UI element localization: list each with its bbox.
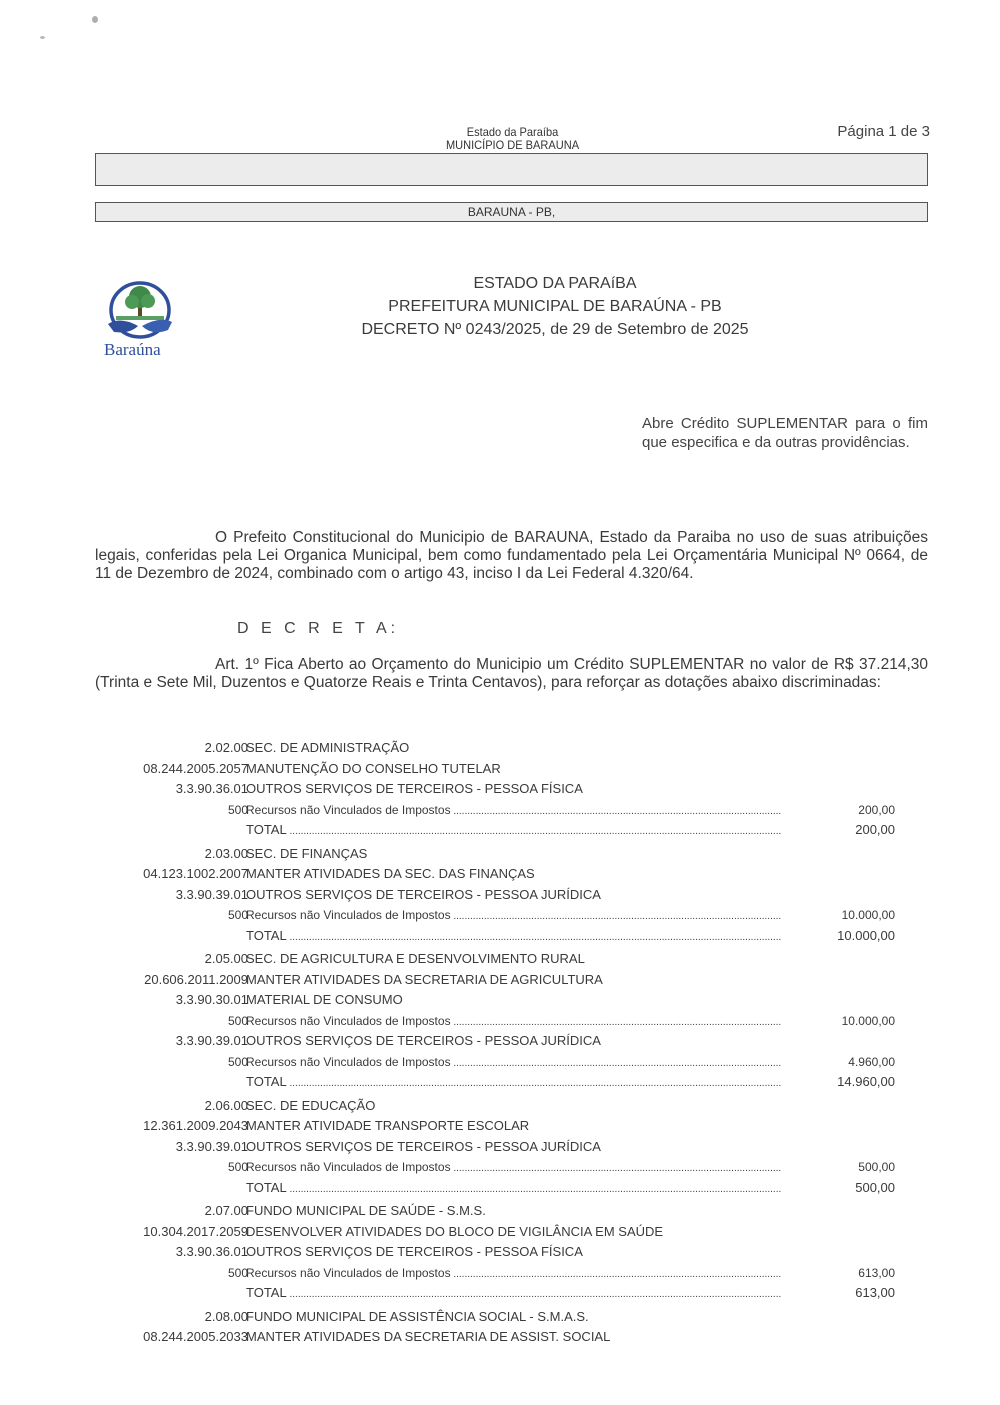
title-prefecture: PREFEITURA MUNICIPAL DE BARAÚNA - PB xyxy=(330,295,780,318)
allocation-code: 3.3.90.36.01 xyxy=(176,779,248,799)
allocation-code: 2.02.00 xyxy=(205,738,248,758)
allocation-row-source: 500Recursos não Vinculados de Impostos4.… xyxy=(95,1052,905,1073)
allocation-description: MANTER ATIVIDADES DA SECRETARIA DE AGRIC… xyxy=(246,970,603,990)
municipality-line: MUNICÍPIO DE BARAUNA xyxy=(391,139,635,152)
allocation-row-total: TOTAL10.000,00 xyxy=(95,926,905,947)
allocation-code: 3.3.90.39.01 xyxy=(176,885,248,905)
allocation-row-action: 10.304.2017.2059DESENVOLVER ATIVIDADES D… xyxy=(95,1222,905,1243)
allocation-row-total: TOTAL500,00 xyxy=(95,1178,905,1199)
allocation-code: 10.304.2017.2059 xyxy=(143,1222,248,1242)
page-indicator: Página 1 de 3 xyxy=(837,123,930,140)
allocation-description: SEC. DE EDUCAÇÃO xyxy=(246,1096,375,1116)
allocation-code: 500 xyxy=(228,1011,248,1031)
allocation-code: 3.3.90.39.01 xyxy=(176,1031,248,1051)
allocation-description: TOTAL xyxy=(246,1283,782,1305)
allocation-value: 500,00 xyxy=(858,1157,895,1177)
allocation-code: 3.3.90.39.01 xyxy=(176,1137,248,1157)
allocation-description: MANTER ATIVIDADES DA SECRETARIA DE ASSIS… xyxy=(246,1327,610,1347)
allocation-row-unit: 2.02.00SEC. DE ADMINISTRAÇÃO xyxy=(95,738,905,759)
allocation-row-action: 08.244.2005.2033MANTER ATIVIDADES DA SEC… xyxy=(95,1327,905,1348)
header-band xyxy=(95,153,928,186)
allocation-description: TOTAL xyxy=(246,820,782,842)
allocation-value: 613,00 xyxy=(855,1283,895,1303)
preamble-paragraph: O Prefeito Constitucional do Municipio d… xyxy=(95,529,928,583)
allocation-row-element: 3.3.90.39.01OUTROS SERVIÇOS DE TERCEIROS… xyxy=(95,1137,905,1158)
allocation-description: MANTER ATIVIDADE TRANSPORTE ESCOLAR xyxy=(246,1116,529,1136)
allocation-row-action: 20.606.2011.2009MANTER ATIVIDADES DA SEC… xyxy=(95,970,905,991)
allocation-value: 10.000,00 xyxy=(842,905,895,925)
allocation-description: Recursos não Vinculados de Impostos xyxy=(246,800,782,822)
allocation-row-action: 04.123.1002.2007MANTER ATIVIDADES DA SEC… xyxy=(95,864,905,885)
allocation-code: 500 xyxy=(228,800,248,820)
allocation-description: OUTROS SERVIÇOS DE TERCEIROS - PESSOA JU… xyxy=(246,885,601,905)
article-1-text: Art. 1º Fica Aberto ao Orçamento do Muni… xyxy=(95,656,928,692)
allocation-value: 10.000,00 xyxy=(837,926,895,946)
allocation-description: FUNDO MUNICIPAL DE ASSISTÊNCIA SOCIAL - … xyxy=(246,1307,589,1327)
municipality-logo: Baraúna xyxy=(100,280,180,360)
allocation-code: 500 xyxy=(228,1157,248,1177)
logo-text: Baraúna xyxy=(104,340,161,360)
allocation-description: TOTAL xyxy=(246,1072,782,1094)
allocation-description: TOTAL xyxy=(246,926,782,948)
allocation-description: DESENVOLVER ATIVIDADES DO BLOCO DE VIGIL… xyxy=(246,1222,663,1242)
preamble-text: O Prefeito Constitucional do Municipio d… xyxy=(95,529,928,583)
allocation-description: MATERIAL DE CONSUMO xyxy=(246,990,403,1010)
allocation-description: Recursos não Vinculados de Impostos xyxy=(246,1011,782,1033)
allocation-description: OUTROS SERVIÇOS DE TERCEIROS - PESSOA JU… xyxy=(246,1031,601,1051)
article-1-paragraph: Art. 1º Fica Aberto ao Orçamento do Muni… xyxy=(95,656,928,692)
report-header: Estado da Paraíba MUNICÍPIO DE BARAUNA xyxy=(391,126,635,152)
allocation-code: 500 xyxy=(228,905,248,925)
allocation-description: Recursos não Vinculados de Impostos xyxy=(246,1157,782,1179)
allocation-description: Recursos não Vinculados de Impostos xyxy=(246,1052,782,1074)
allocation-value: 10.000,00 xyxy=(842,1011,895,1031)
allocation-description: FUNDO MUNICIPAL DE SAÚDE - S.M.S. xyxy=(246,1201,486,1221)
allocation-row-unit: 2.08.00FUNDO MUNICIPAL DE ASSISTÊNCIA SO… xyxy=(95,1307,905,1328)
allocation-value: 200,00 xyxy=(858,800,895,820)
allocation-row-unit: 2.03.00SEC. DE FINANÇAS xyxy=(95,844,905,865)
allocation-description: OUTROS SERVIÇOS DE TERCEIROS - PESSOA FÍ… xyxy=(246,779,583,799)
allocation-row-unit: 2.07.00FUNDO MUNICIPAL DE SAÚDE - S.M.S. xyxy=(95,1201,905,1222)
allocation-row-element: 3.3.90.39.01OUTROS SERVIÇOS DE TERCEIROS… xyxy=(95,1031,905,1052)
allocation-row-element: 3.3.90.36.01OUTROS SERVIÇOS DE TERCEIROS… xyxy=(95,1242,905,1263)
decree-title: DECRETO Nº 0243/2025, de 29 de Setembro … xyxy=(330,318,780,341)
allocation-description: MANUTENÇÃO DO CONSELHO TUTELAR xyxy=(246,759,501,779)
allocation-value: 200,00 xyxy=(855,820,895,840)
allocation-description: SEC. DE ADMINISTRAÇÃO xyxy=(246,738,409,758)
allocation-description: MANTER ATIVIDADES DA SEC. DAS FINANÇAS xyxy=(246,864,535,884)
allocation-code: 3.3.90.36.01 xyxy=(176,1242,248,1262)
allocation-description: SEC. DE FINANÇAS xyxy=(246,844,367,864)
allocation-row-action: 08.244.2005.2057MANUTENÇÃO DO CONSELHO T… xyxy=(95,759,905,780)
scan-speck xyxy=(92,16,98,23)
allocation-row-action: 12.361.2009.2043MANTER ATIVIDADE TRANSPO… xyxy=(95,1116,905,1137)
title-state: ESTADO DA PARAíBA xyxy=(330,272,780,295)
allocation-code: 08.244.2005.2033 xyxy=(143,1327,248,1347)
allocation-row-unit: 2.06.00SEC. DE EDUCAÇÃO xyxy=(95,1096,905,1117)
allocation-code: 20.606.2011.2009 xyxy=(144,970,248,990)
allocation-description: Recursos não Vinculados de Impostos xyxy=(246,905,782,927)
allocation-code: 2.06.00 xyxy=(205,1096,248,1116)
allocation-code: 500 xyxy=(228,1263,248,1283)
allocation-row-total: TOTAL613,00 xyxy=(95,1283,905,1304)
allocation-row-source: 500Recursos não Vinculados de Impostos50… xyxy=(95,1157,905,1178)
title-block: ESTADO DA PARAíBA PREFEITURA MUNICIPAL D… xyxy=(330,272,780,341)
allocation-row-element: 3.3.90.30.01MATERIAL DE CONSUMO xyxy=(95,990,905,1011)
allocation-code: 04.123.1002.2007 xyxy=(143,864,248,884)
allocation-code: 3.3.90.30.01 xyxy=(176,990,248,1010)
allocation-description: TOTAL xyxy=(246,1178,782,1200)
allocation-code: 2.08.00 xyxy=(205,1307,248,1327)
allocation-row-source: 500Recursos não Vinculados de Impostos20… xyxy=(95,800,905,821)
decree-abstract: Abre Crédito SUPLEMENTAR para o fim que … xyxy=(642,414,928,452)
allocation-description: SEC. DE AGRICULTURA E DESENVOLVIMENTO RU… xyxy=(246,949,585,969)
scan-speck xyxy=(40,36,45,39)
allocation-row-element: 3.3.90.39.01OUTROS SERVIÇOS DE TERCEIROS… xyxy=(95,885,905,906)
allocations-table: 2.02.00SEC. DE ADMINISTRAÇÃO08.244.2005.… xyxy=(95,738,905,1348)
allocation-value: 4.960,00 xyxy=(848,1052,895,1072)
location-bar: BARAUNA - PB, xyxy=(95,202,928,222)
decreta-heading: D E C R E T A: xyxy=(237,620,399,638)
allocation-value: 500,00 xyxy=(855,1178,895,1198)
allocation-value: 613,00 xyxy=(858,1263,895,1283)
allocation-code: 2.03.00 xyxy=(205,844,248,864)
allocation-row-total: TOTAL14.960,00 xyxy=(95,1072,905,1093)
allocation-code: 500 xyxy=(228,1052,248,1072)
allocation-row-source: 500Recursos não Vinculados de Impostos10… xyxy=(95,1011,905,1032)
allocation-code: 12.361.2009.2043 xyxy=(143,1116,248,1136)
allocation-row-unit: 2.05.00SEC. DE AGRICULTURA E DESENVOLVIM… xyxy=(95,949,905,970)
allocation-row-total: TOTAL200,00 xyxy=(95,820,905,841)
allocation-row-source: 500Recursos não Vinculados de Impostos10… xyxy=(95,905,905,926)
allocation-description: OUTROS SERVIÇOS DE TERCEIROS - PESSOA JU… xyxy=(246,1137,601,1157)
tree-hands-emblem-icon xyxy=(100,280,180,342)
allocation-row-element: 3.3.90.36.01OUTROS SERVIÇOS DE TERCEIROS… xyxy=(95,779,905,800)
allocation-code: 08.244.2005.2057 xyxy=(143,759,248,779)
allocation-code: 2.07.00 xyxy=(205,1201,248,1221)
allocation-value: 14.960,00 xyxy=(837,1072,895,1092)
allocation-description: Recursos não Vinculados de Impostos xyxy=(246,1263,782,1285)
allocation-description: OUTROS SERVIÇOS DE TERCEIROS - PESSOA FÍ… xyxy=(246,1242,583,1262)
allocation-row-source: 500Recursos não Vinculados de Impostos61… xyxy=(95,1263,905,1284)
allocation-code: 2.05.00 xyxy=(205,949,248,969)
